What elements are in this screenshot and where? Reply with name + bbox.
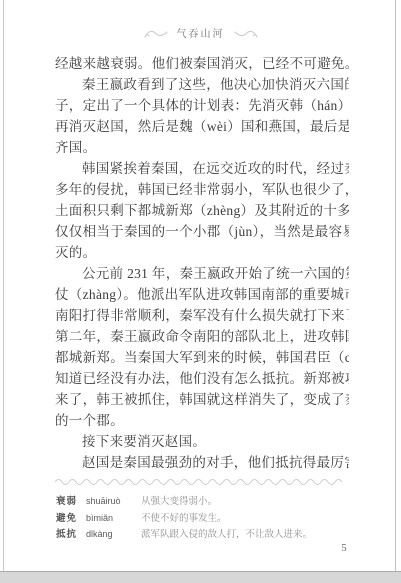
flourish-icon (234, 29, 258, 41)
text-line: 知道已经没有办法，他们没有怎么抵抗。新郑被攻下 (55, 368, 349, 389)
text-line: 子，定出了一个具体的计划表：先消灭韩（hán）国， (55, 95, 349, 116)
paragraph: 接下来要消灭赵国。 (55, 431, 349, 452)
text-line: 仗（zhàng）。他派出军队进攻韩国南部的重要城市南阳。 (55, 284, 349, 305)
glossary-row: 避免 bìmiǎn 不使不好的事发生。 (56, 511, 348, 528)
glossary-term: 衰弱 (56, 495, 86, 511)
paragraph: 经越来越衰弱。他们被秦国消灭，已经不可避免。 (55, 53, 349, 74)
text-line: 齐国。 (55, 137, 349, 158)
text-line: 公元前 231 年，秦王嬴政开始了统一六国的第一 (55, 263, 349, 284)
text-line: 南阳打得非常顺利，秦军没有什么损失就打下来了。 (55, 305, 349, 326)
book-page: 气吞山河 经越来越衰弱。他们被秦国消灭，已经不可避免。 秦王嬴政看到了这些，他决… (0, 0, 401, 583)
glossary-definition: 派军队跟入侵的敌人打，不让敌人进来。 (141, 528, 348, 544)
paragraph: 公元前 231 年，秦王嬴政开始了统一六国的第一 仗（zhàng）。他派出军队进… (55, 263, 349, 431)
paragraph: 秦王嬴政看到了这些，他决心加快消灭六国的步 子，定出了一个具体的计划表：先消灭韩… (55, 74, 349, 158)
scan-background-strip (0, 572, 401, 583)
text-line: 仅仅相当于秦国的一个小郡（jùn），当然是最容易被消 (55, 221, 349, 242)
text-line: 的一个郡。 (55, 410, 349, 431)
text-line: 都城新郑。当秦国大军到来的时候，韩国君臣（chén） (55, 347, 349, 368)
wavy-divider-path (55, 480, 342, 485)
wavy-divider (55, 473, 347, 482)
glossary-term: 避免 (56, 512, 86, 528)
glossary-row: 抵抗 dǐkàng 派军队跟入侵的敌人打，不让敌人进来。 (56, 527, 348, 544)
text-line: 土面积只剩下都城新郑（zhèng）及其附近的十多座城， (55, 200, 349, 221)
page-edge-left (3, 0, 4, 572)
page-number: 5 (336, 543, 352, 554)
glossary-definition: 不使不好的事发生。 (141, 512, 348, 528)
running-head: 气吞山河 (0, 26, 401, 44)
paragraph: 韩国紧挨着秦国，在远交近攻的时代，经过秦国 多年的侵扰，韩国已经非常弱小，军队也… (55, 158, 349, 263)
paragraph: 赵国是秦国最强劲的对手，他们抵抗得最厉害。 (55, 452, 349, 473)
glossary: 衰弱 shuāiruò 从强大变得弱小。 避免 bìmiǎn 不使不好的事发生。… (56, 494, 348, 544)
text-line: 经越来越衰弱。他们被秦国消灭，已经不可避免。 (55, 53, 349, 74)
text-line: 接下来要消灭赵国。 (55, 431, 349, 452)
glossary-pinyin: bìmiǎn (86, 511, 141, 527)
text-line: 多年的侵扰，韩国已经非常弱小，军队也很少了，国 (55, 179, 349, 200)
text-line: 灭的。 (55, 242, 349, 263)
flourish-icon (144, 29, 168, 41)
text-line: 赵国是秦国最强劲的对手，他们抵抗得最厉害。 (55, 452, 349, 473)
chapter-title: 气吞山河 (177, 28, 225, 42)
glossary-definition: 从强大变得弱小。 (141, 495, 348, 511)
page-edge-right (395, 0, 396, 572)
text-line: 韩国紧挨着秦国，在远交近攻的时代，经过秦国 (55, 158, 349, 179)
glossary-row: 衰弱 shuāiruò 从强大变得弱小。 (56, 494, 348, 511)
text-line: 秦王嬴政看到了这些，他决心加快消灭六国的步 (55, 74, 349, 95)
text-line: 来了，韩王被抓住，韩国就这样消失了，变成了秦国 (55, 389, 349, 410)
body-text: 经越来越衰弱。他们被秦国消灭，已经不可避免。 秦王嬴政看到了这些，他决心加快消灭… (55, 53, 349, 473)
glossary-term: 抵抗 (56, 528, 86, 544)
glossary-pinyin: dǐkàng (86, 527, 141, 543)
glossary-pinyin: shuāiruò (86, 494, 141, 510)
text-line: 第二年，秦王嬴政命令南阳的部队北上，进攻韩国的 (55, 326, 349, 347)
text-line: 再消灭赵国，然后是魏（wèi）国和燕国，最后是楚国和 (55, 116, 349, 137)
